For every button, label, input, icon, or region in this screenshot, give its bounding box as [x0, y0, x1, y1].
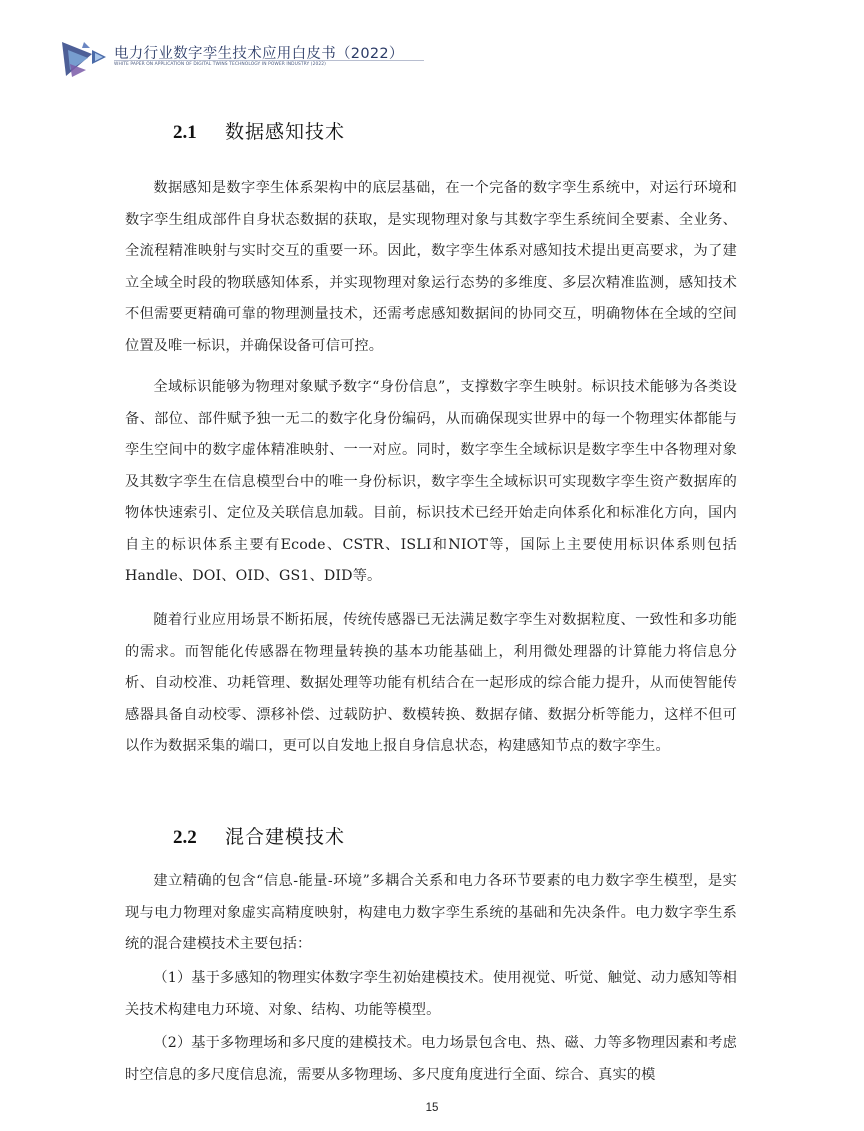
- paragraph: 全域标识能够为物理对象赋予数字“身份信息”，支撑数字孪生映射。标识技术能够为各类…: [125, 372, 737, 593]
- section-heading-2-2: 2.2混合建模技术: [173, 822, 345, 849]
- paragraph: 随着行业应用场景不断拓展，传统传感器已无法满足数字孪生对数据粒度、一致性和多功能…: [125, 605, 737, 763]
- paragraph: 数据感知是数字孪生体系架构中的底层基础，在一个完备的数字孪生系统中，对运行环境和…: [125, 173, 737, 362]
- header-subtitle: WHITE PAPER ON APPLICATION OF DIGITAL TW…: [114, 62, 326, 67]
- section-title: 数据感知技术: [225, 121, 345, 143]
- header-divider: [114, 60, 424, 61]
- document-header: 电力行业数字孪生技术应用白皮书（2022） WHITE PAPER ON APP…: [62, 38, 482, 78]
- section-heading-2-1: 2.1数据感知技术: [173, 117, 345, 144]
- list-item-paragraph: （2）基于多物理场和多尺度的建模技术。电力场景包含电、热、磁、力等多物理因素和考…: [125, 1028, 737, 1091]
- paragraph: 建立精确的包含“信息-能量-环境”多耦合关系和电力各环节要素的电力数字孪生模型，…: [125, 866, 737, 961]
- section-number: 2.1: [173, 122, 225, 144]
- triangle-logo-icon: [62, 40, 108, 78]
- section-title: 混合建模技术: [225, 826, 345, 848]
- list-item-paragraph: （1）基于多感知的物理实体数字孪生初始建模技术。使用视觉、听觉、触觉、动力感知等…: [125, 963, 737, 1026]
- section-number: 2.2: [173, 827, 225, 849]
- page-number: 15: [0, 1102, 864, 1114]
